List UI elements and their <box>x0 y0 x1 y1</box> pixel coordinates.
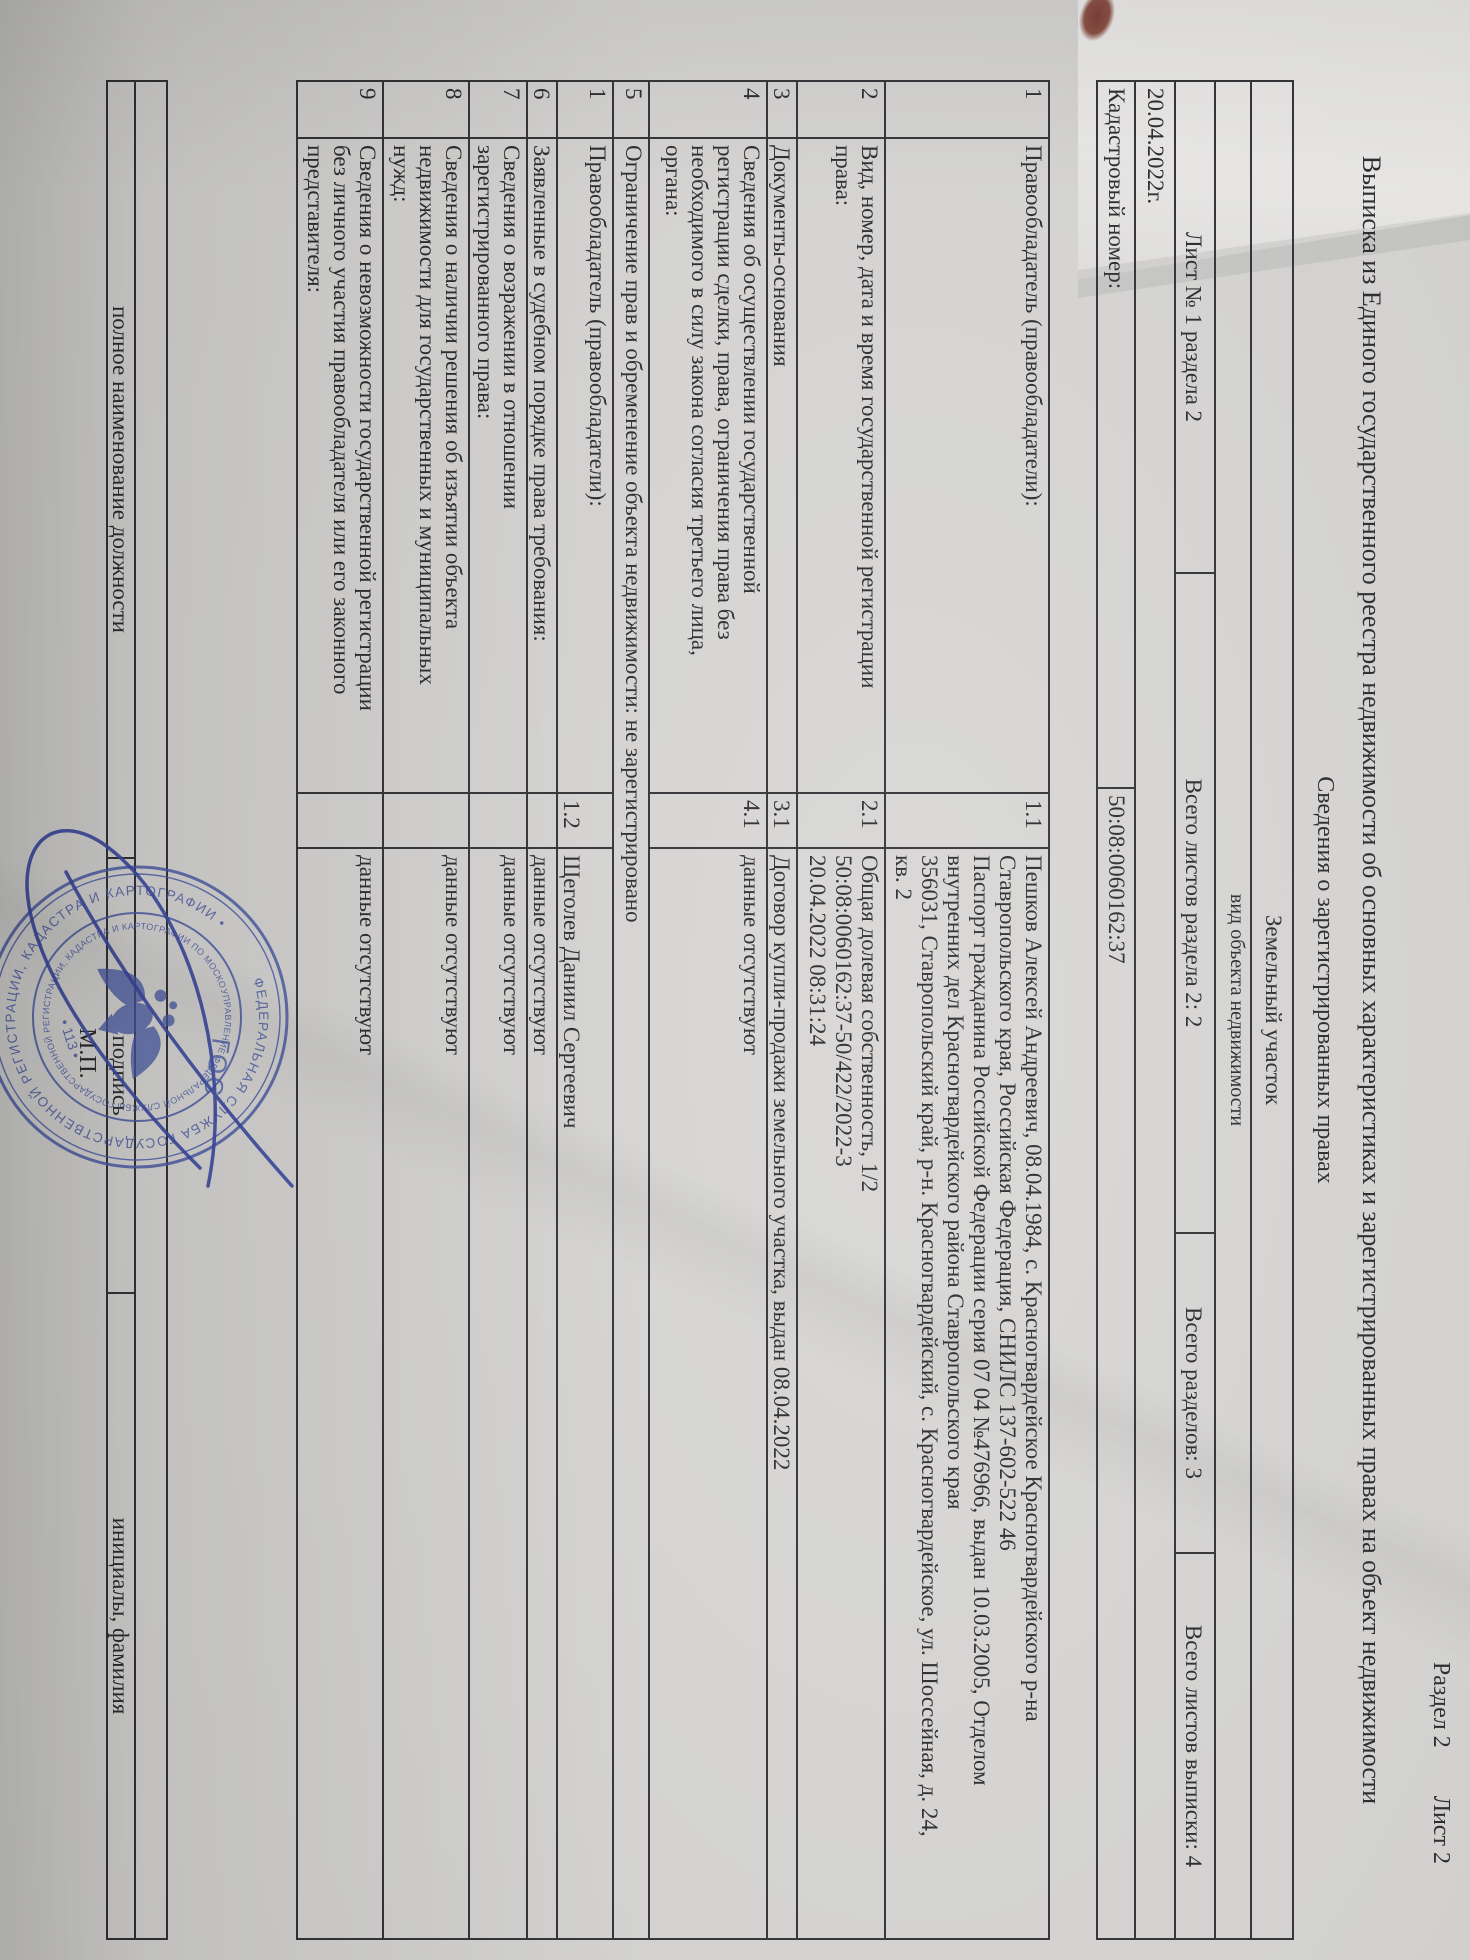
text-line: недвижимости для государственных и муниц… <box>414 145 440 786</box>
stamp-number: • 113 • <box>57 1017 85 1060</box>
row-number-cell: 6 <box>528 82 556 137</box>
text-line: Пешков Алексей Андреевич, 08.04.1984, с.… <box>1020 855 1046 1932</box>
text-line: без личного участия правообладателя или … <box>328 145 354 786</box>
row-label-cell: Сведения о наличии решения об изъятии об… <box>384 137 468 792</box>
row-subnumber-cell: 1.2 <box>558 792 612 847</box>
text-line: Документы-основания <box>768 145 794 786</box>
row-value-cell: Договор купли-продажи земельного участка… <box>768 847 796 1938</box>
section-number: Раздел 2 <box>1427 1662 1454 1748</box>
text-line: кв. 2 <box>890 855 916 1932</box>
cadastral-label: Кадастровый номер: <box>1098 82 1134 787</box>
text-line: 2.1 <box>856 800 882 841</box>
row-subnumber-cell <box>298 792 382 847</box>
signature-caption-cell: инициалы, фамилия <box>108 1292 134 1938</box>
text-line: 20.04.2022 08:31:24 <box>804 855 830 1932</box>
text-line: Сведения о возражении в отношении <box>498 145 524 786</box>
text-line: данные отсутствуют <box>528 855 554 1932</box>
row-merged-cell: Ограничение прав и обременение объекта н… <box>614 137 648 1938</box>
signature-caption-cell: полное наименование должности <box>108 82 134 857</box>
text-line: 4.1 <box>738 800 764 841</box>
text-line: 1.2 <box>558 800 610 841</box>
text-line: Правообладатель (правообладатели): <box>584 145 610 786</box>
row-subnumber-cell: 1.1 <box>886 792 1048 847</box>
table-row: 9Сведения о невозможности государственно… <box>298 82 384 1938</box>
text-line: данные отсутствуют <box>738 855 764 1932</box>
text-line: 50:08:0060162:37-50/422/2022-3 <box>830 855 856 1932</box>
page-corner-labels: Раздел 2 Лист 2 <box>1427 1662 1454 1864</box>
table-row: 6Заявленные в судебном порядке права тре… <box>528 82 558 1938</box>
sheet-info-row: Лист № 1 раздела 2Всего листов раздела 2… <box>1176 82 1216 1938</box>
text-line: Щеголев Даниил Сергеевич <box>558 855 610 1932</box>
text-line: Сведения об осуществлении государственно… <box>738 145 764 786</box>
row-value-cell: данные отсутствуют <box>470 847 526 1938</box>
row-value-cell: данные отсутствуют <box>298 847 382 1938</box>
text-line: Сведения о невозможности государственной… <box>354 145 380 786</box>
row-label-cell: Сведения о возражении в отношениизарегис… <box>470 137 526 792</box>
text-line: 356031, Ставропольский край, р-н. Красно… <box>916 855 942 1932</box>
text-line: Вид, номер, дата и время государственной… <box>856 145 882 786</box>
row-number-cell: 7 <box>470 82 526 137</box>
paper-stain <box>1073 0 1121 46</box>
object-header-table: Земельный участок вид объекта недвижимос… <box>1134 80 1294 1940</box>
table-row: 3Документы-основания3.1Договор купли-про… <box>768 82 798 1938</box>
text-line: Ставропольского края, Российская Федерац… <box>994 855 1020 1932</box>
row-number-cell: 8 <box>384 82 468 137</box>
text-line: регистрации сделки, права, ограничения п… <box>712 145 738 786</box>
text-line: нужд: <box>388 145 414 786</box>
row-number-cell: 1 <box>558 82 612 137</box>
text-line: зарегистрированного права: <box>472 145 498 786</box>
sheet-info-cell: Всего листов выписки: 4 <box>1176 1552 1214 1938</box>
row-number-cell: 5 <box>614 82 648 137</box>
text-line: Заявленные в судебном порядке права треб… <box>528 145 554 786</box>
object-type-caption: вид объекта недвижимости <box>1216 82 1250 1938</box>
text-line: Договор купли-продажи земельного участка… <box>768 855 794 1932</box>
table-row: 4Сведения об осуществлении государственн… <box>650 82 768 1938</box>
row-value-cell: Общая долевая собственность, 1/250:08:00… <box>798 847 884 1938</box>
table-row: 5Ограничение прав и обременение объекта … <box>614 82 650 1938</box>
double-headed-eagle-icon <box>80 949 195 1085</box>
row-value-cell: данные отсутствуют <box>384 847 468 1938</box>
row-value-cell: данные отсутствуют <box>528 847 556 1938</box>
row-label-cell: Вид, номер, дата и время государственной… <box>798 137 884 792</box>
row-subnumber-cell <box>384 792 468 847</box>
cadastral-number-table: Кадастровый номер: 50:08:0060162:37 <box>1096 80 1136 1940</box>
row-number-cell: 9 <box>298 82 382 137</box>
cadastral-value: 50:08:0060162:37 <box>1098 787 1134 1938</box>
text-line: необходимого в силу закона согласия трет… <box>686 145 712 786</box>
row-label-cell: Сведения о невозможности государственной… <box>298 137 382 792</box>
table-row: 1Правообладатель (правообладатели):1.2Ще… <box>558 82 614 1938</box>
row-subnumber-cell <box>470 792 526 847</box>
table-row: 7Сведения о возражении в отношениизареги… <box>470 82 528 1938</box>
text-line: Правообладатель (правообладатели): <box>1020 145 1046 786</box>
row-value-cell: данные отсутствуют <box>650 847 766 1938</box>
row-number-cell: 2 <box>798 82 884 137</box>
row-number-cell: 1 <box>886 82 1048 137</box>
text-line: 3.1 <box>768 800 794 841</box>
row-subnumber-cell <box>528 792 556 847</box>
table-row: 8Сведения о наличии решения об изъятии о… <box>384 82 470 1938</box>
row-subnumber-cell: 3.1 <box>768 792 796 847</box>
row-subnumber-cell: 2.1 <box>798 792 884 847</box>
row-number-cell: 4 <box>650 82 766 137</box>
sheet-number: Лист 2 <box>1427 1796 1454 1864</box>
row-label-cell: Правообладатель (правообладатели): <box>558 137 612 792</box>
sheet-info-cell: Лист № 1 раздела 2 <box>1176 82 1214 572</box>
doc-title: Выписка из Единого государственного реес… <box>1356 0 1386 1960</box>
text-line: данные отсутствуют <box>440 855 466 1932</box>
text-line: органа: <box>660 145 686 786</box>
egrn-extract-page: Раздел 2 Лист 2 Выписка из Единого госуд… <box>0 0 1470 1960</box>
extract-date: 20.04.2022г. <box>1136 82 1174 1938</box>
text-line: Ограничение прав и обременение объекта н… <box>620 145 646 1932</box>
text-line: 1.1 <box>1020 800 1046 841</box>
row-value-cell: Щеголев Даниил Сергеевич <box>558 847 612 1938</box>
text-line: данные отсутствуют <box>354 855 380 1932</box>
row-number-cell: 3 <box>768 82 796 137</box>
text-line: данные отсутствуют <box>498 855 524 1932</box>
text-line: Паспорт гражданина Российской Федерации … <box>968 855 994 1932</box>
sheet-info-cell: Всего разделов: 3 <box>1176 1232 1214 1552</box>
text-line: Общая долевая собственность, 1/2 <box>856 855 882 1932</box>
table-row: 1Правообладатель (правообладатели):1.1Пе… <box>886 82 1048 1938</box>
doc-subtitle: Сведения о зарегистрированных правах <box>1311 0 1338 1960</box>
text-line: права: <box>830 145 856 786</box>
table-row: 2Вид, номер, дата и время государственно… <box>798 82 886 1938</box>
row-label-cell: Заявленные в судебном порядке права треб… <box>528 137 556 792</box>
photo-of-document: Раздел 2 Лист 2 Выписка из Единого госуд… <box>0 0 1470 1960</box>
row-label-cell: Документы-основания <box>768 137 796 792</box>
official-round-stamp: ФЕДЕРАЛЬНАЯ СЛУЖБА ГОСУДАРСТВЕННОЙ РЕГИС… <box>0 822 332 1213</box>
text-line: представителя: <box>302 145 328 786</box>
rights-table: 1Правообладатель (правообладатели):1.1Пе… <box>296 80 1050 1940</box>
row-label-cell: Сведения об осуществлении государственно… <box>650 137 766 792</box>
text-line: внутренних дел Красногвардейского района… <box>942 855 968 1932</box>
row-label-cell: Правообладатель (правообладатели): <box>886 137 1048 792</box>
row-value-cell: Пешков Алексей Андреевич, 08.04.1984, с.… <box>886 847 1048 1938</box>
sheet-info-cell: Всего листов раздела 2: 2 <box>1176 572 1214 1232</box>
object-type-value: Земельный участок <box>1252 82 1292 1938</box>
row-subnumber-cell: 4.1 <box>650 792 766 847</box>
text-line: Сведения о наличии решения об изъятии об… <box>440 145 466 786</box>
